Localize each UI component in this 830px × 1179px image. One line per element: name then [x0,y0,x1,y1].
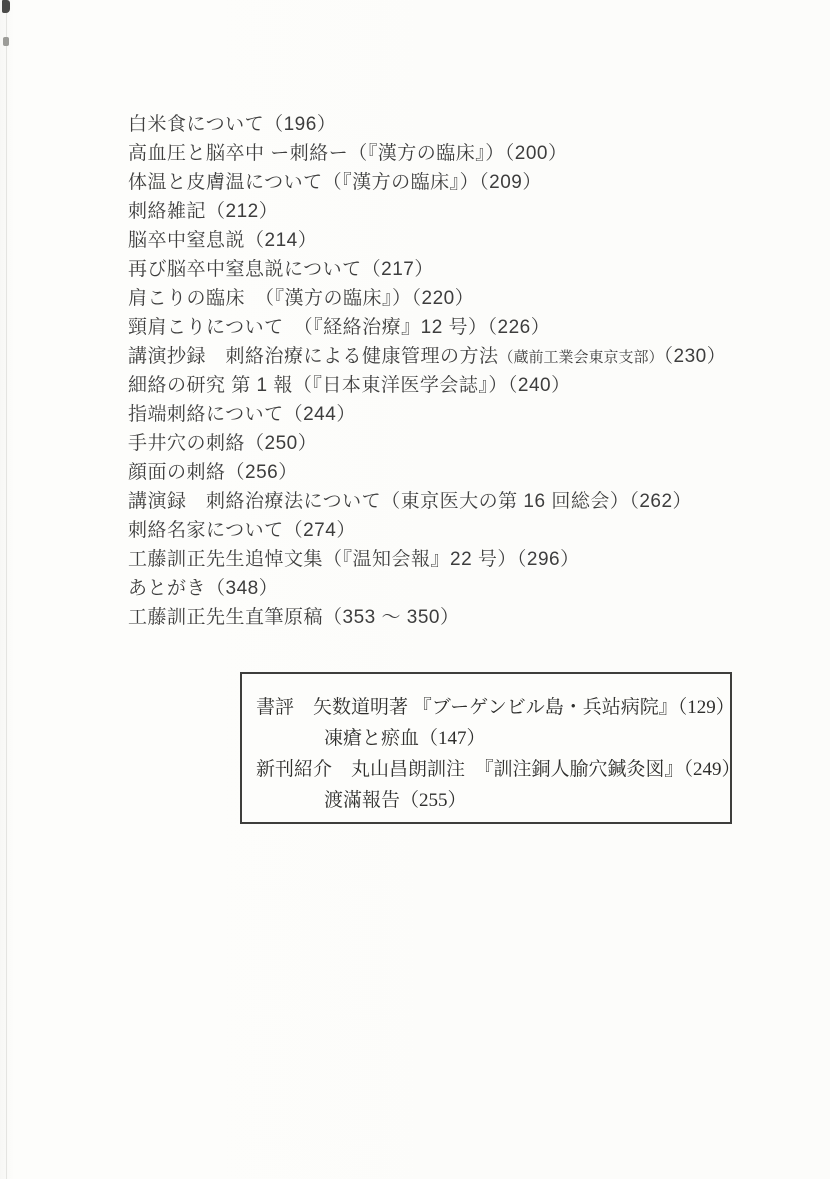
toc-entry-main: 講演抄録 刺絡治療による健康管理の方法 [128,346,499,367]
toc-entry: 講演抄録 刺絡治療による健康管理の方法（蔵前工業会東京支部）（230） [128,342,788,371]
toc-entry: 顔面の刺絡（256） [128,458,788,487]
scan-speck [3,37,9,46]
toc-entry: 刺絡雑記（212） [128,197,788,226]
review-entry: 凍瘡と瘀血（147） [256,723,720,754]
toc-entry: 再び脳卒中窒息説について（217） [128,255,788,284]
toc-entry: 手井穴の刺絡（250） [128,429,788,458]
toc-entry: 肩こりの臨床 （『漢方の臨床』）（220） [128,284,788,313]
review-entry: 書評 矢数道明著 『ブーゲンビル島・兵站病院』（129） [256,692,720,723]
toc-entry: 体温と皮膚温について（『漢方の臨床』）（209） [128,168,788,197]
toc-entry: 講演録 刺絡治療法について（東京医大の第 16 回総会）（262） [128,487,788,516]
toc-entry-page: （230） [664,346,727,367]
scanned-toc-page: 白米食について（196） 高血圧と脳卒中 ー刺絡ー（『漢方の臨床』）（200） … [0,0,830,1179]
toc-entry: 工藤訓正先生直筆原稿（353 ～ 350） [128,603,788,632]
toc-entry: 細絡の研究 第 1 報（『日本東洋医学会誌』）（240） [128,371,788,400]
review-entry: 新刊紹介 丸山昌朗訓注 『訓注銅人腧穴鍼灸図』（249） [256,754,720,785]
toc-entry: 脳卒中窒息説（214） [128,226,788,255]
toc-entry-note: （蔵前工業会東京支部） [499,349,664,366]
toc-entry: 高血圧と脳卒中 ー刺絡ー（『漢方の臨床』）（200） [128,139,788,168]
review-box: 書評 矢数道明著 『ブーゲンビル島・兵站病院』（129） 凍瘡と瘀血（147） … [240,672,732,824]
toc-entry: 指端刺絡について（244） [128,400,788,429]
toc-entry: 工藤訓正先生追悼文集（『温知会報』22 号）（296） [128,545,788,574]
toc-list: 白米食について（196） 高血圧と脳卒中 ー刺絡ー（『漢方の臨床』）（200） … [128,110,788,632]
toc-entry: 白米食について（196） [128,110,788,139]
toc-entry: 刺絡名家について（274） [128,516,788,545]
toc-entry: あとがき（348） [128,574,788,603]
scan-speck [2,0,10,13]
toc-entry: 頸肩こりについて （『経絡治療』12 号）（226） [128,313,788,342]
scan-page-edge-line [6,0,7,1179]
review-entry: 渡滿報告（255） [256,785,720,816]
